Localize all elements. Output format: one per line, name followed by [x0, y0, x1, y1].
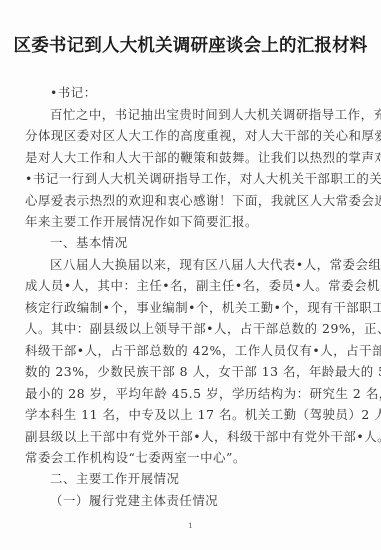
body-line: 成人员•人，其中：主任•名，副主任•名，委员•人。常委会机关 [25, 278, 360, 294]
body-line: 学本科生 11 名，中专及以上 17 名。机关工勤（驾驶员）2 人。 [25, 407, 360, 423]
body-line: 区八届人大换届以来，现有区八届人大代表•人，常委会组 [50, 257, 381, 273]
body-line: 数的 23%，少数民族干部 8 人，女干部 13 名，年龄最大的 58 岁， [25, 364, 360, 380]
body-line: 科级干部•人，占干部总数的 42%，工作人员仅有•人，占干部总 [25, 343, 360, 359]
intro-line: 心厚爱表示热烈的欢迎和衷心感谢！下面，我就区人大常委会近 [25, 193, 360, 209]
body-line: 常委会工作机构设“七委两室一中心”。 [25, 450, 360, 466]
subsection-heading-party-building: （一）履行党建主体责任情况 [50, 493, 381, 509]
section-heading-basic: 一、基本情况 [50, 235, 381, 251]
body-line: 人。其中：副县级以上领导干部•人，占干部总数的 29%，正、副 [25, 321, 360, 337]
intro-line: •书记一行到人大机关调研指导工作，对人大机关干部职工的关 [25, 171, 360, 187]
page-number: 1 [0, 522, 381, 530]
section-heading-main-work: 二、主要工作开展情况 [50, 471, 381, 487]
intro-line: 分体现区委对区人大工作的高度重视，对人大干部的关心和厚爱， [25, 128, 360, 144]
intro-line: 是对人大工作和人大干部的鞭策和鼓舞。让我们以热烈的掌声对 [25, 150, 360, 166]
salutation: •书记： [50, 85, 381, 101]
body-line: 最小的 28 岁，平均年龄 45.5 岁，学历结构为：研究生 2 名，大 [25, 386, 360, 402]
document-page: 区委书记到人大机关调研座谈会上的汇报材料 •书记： 百忙之中，书记抽出宝贵时间到… [0, 0, 381, 550]
body-line: 核定行政编制•个，事业编制•个，机关工勤•个，现有干部职工• [25, 300, 360, 316]
intro-line: 年来主要工作开展情况作如下简要汇报。 [25, 214, 360, 230]
intro-line: 百忙之中，书记抽出宝贵时间到人大机关调研指导工作，充 [50, 107, 381, 123]
body-line: 副县级以上干部中有党外干部•人，科级干部中有党外干部•人。 [25, 429, 360, 445]
document-title: 区委书记到人大机关调研座谈会上的汇报材料 [0, 32, 381, 57]
